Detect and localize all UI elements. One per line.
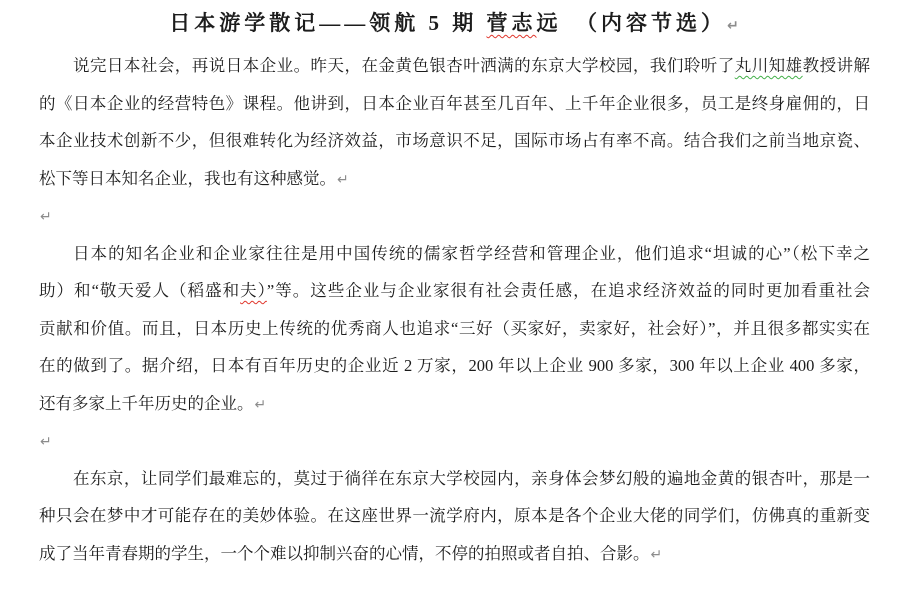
text-run: 种只会在梦中才可能存在的美妙体验。在这座世界一流学府内，原本是各个企业大佬的同学… — [39, 506, 870, 525]
paragraph-mark: ↵ — [39, 209, 52, 225]
paragraph-mark: ↵ — [39, 434, 52, 450]
paragraph: 日本的知名企业和企业家往往是用中国传统的儒家哲学经营和管理企业，他们追求“坦诚的… — [39, 235, 870, 423]
spellcheck-green-wavy-text: 丸川知雄 — [735, 56, 803, 75]
text-line: 本企业技术创新不少，但很难转化为经济效益，市场意识不足，国际市场占有率不高。结合… — [39, 122, 870, 160]
paragraph: ↵ — [39, 197, 870, 235]
text-run: 助）和“敬天爱人（稻盛和 — [39, 281, 240, 300]
paragraph: 在东京，让同学们最难忘的，莫过于徜徉在东京大学校园内，亲身体会梦幻般的遍地金黄的… — [39, 460, 870, 573]
text-run: 在的做到了。据介绍，日本有百年历史的企业近 2 万家，200 年以上企业 900… — [39, 356, 870, 375]
text-run: 日本的知名企业和企业家往往是用中国传统的儒家哲学经营和管理企业，他们追求“坦诚的… — [73, 244, 870, 263]
text-run: 的《日本企业的经营特色》课程。他讲到，日本企业百年甚至几百年、上千年企业很多，员… — [39, 94, 870, 113]
text-line: 还有多家上千年历史的企业。↵ — [39, 385, 870, 423]
paragraph-mark: ↵ — [254, 397, 267, 413]
text-line: 在东京，让同学们最难忘的，莫过于徜徉在东京大学校园内，亲身体会梦幻般的遍地金黄的… — [39, 460, 870, 498]
text-run: 在东京，让同学们最难忘的，莫过于徜徉在东京大学校园内，亲身体会梦幻般的遍地金黄的… — [73, 469, 870, 488]
text-line: 贡献和价值。而且，日本历史上传统的优秀商人也追求“三好（买家好，卖家好，社会好）… — [39, 310, 870, 348]
spellcheck-red-wavy-text: 菅志 — [487, 11, 537, 35]
text-run: 贡献和价值。而且，日本历史上传统的优秀商人也追求“三好（买家好，卖家好，社会好）… — [39, 319, 870, 338]
text-run: 还有多家上千年历史的企业。 — [39, 394, 254, 413]
text-run: 松下等日本知名企业，我也有这种感觉。 — [39, 169, 336, 188]
spellcheck-red-wavy-text: 夫） — [240, 281, 267, 300]
document-page: 日本游学散记——领航 5 期 菅志远 （内容节选）↵ 说完日本社会，再说日本企业… — [0, 0, 908, 597]
text-line: 松下等日本知名企业，我也有这种感觉。↵ — [39, 160, 870, 198]
document-body: 说完日本社会，再说日本企业。昨天，在金黄色银杏叶洒满的东京大学校园，我们聆听了丸… — [39, 47, 870, 572]
paragraph: 说完日本社会，再说日本企业。昨天，在金黄色银杏叶洒满的东京大学校园，我们聆听了丸… — [39, 47, 870, 197]
text-run: 成了当年青春期的学生，一个个难以抑制兴奋的心情，不停的拍照或者自拍、合影。 — [39, 544, 650, 563]
text-run: 本企业技术创新不少，但很难转化为经济效益，市场意识不足，国际市场占有率不高。结合… — [39, 131, 870, 150]
text-line: 种只会在梦中才可能存在的美妙体验。在这座世界一流学府内，原本是各个企业大佬的同学… — [39, 497, 870, 535]
paragraph: ↵ — [39, 422, 870, 460]
text-line: 成了当年青春期的学生，一个个难以抑制兴奋的心情，不停的拍照或者自拍、合影。↵ — [39, 535, 870, 573]
document-title: 日本游学散记——领航 5 期 菅志远 （内容节选）↵ — [0, 0, 908, 41]
paragraph-mark: ↵ — [650, 547, 663, 563]
empty-line: ↵ — [39, 197, 870, 235]
paragraph-mark: ↵ — [336, 172, 349, 188]
text-run: 教授讲解 — [803, 56, 870, 75]
text-line: 说完日本社会，再说日本企业。昨天，在金黄色银杏叶洒满的东京大学校园，我们聆听了丸… — [39, 47, 870, 85]
text-run: 远 — [537, 11, 562, 35]
text-line: 助）和“敬天爱人（稻盛和夫）”等。这些企业与企业家很有社会责任感，在追求经济效益… — [39, 272, 870, 310]
text-run: 日本游学散记——领航 5 期 — [169, 11, 486, 35]
paragraph-mark: ↵ — [726, 18, 739, 34]
empty-line: ↵ — [39, 422, 870, 460]
text-run: 说完日本社会，再说日本企业。昨天，在金黄色银杏叶洒满的东京大学校园，我们聆听了 — [73, 56, 735, 75]
text-run: ”等。这些企业与企业家很有社会责任感，在追求经济效益的同时更加看重社会 — [267, 281, 870, 300]
text-line: 日本的知名企业和企业家往往是用中国传统的儒家哲学经营和管理企业，他们追求“坦诚的… — [39, 235, 870, 273]
text-line: 的《日本企业的经营特色》课程。他讲到，日本企业百年甚至几百年、上千年企业很多，员… — [39, 85, 870, 123]
text-line: 在的做到了。据介绍，日本有百年历史的企业近 2 万家，200 年以上企业 900… — [39, 347, 870, 385]
text-run: （内容节选） — [562, 11, 727, 35]
